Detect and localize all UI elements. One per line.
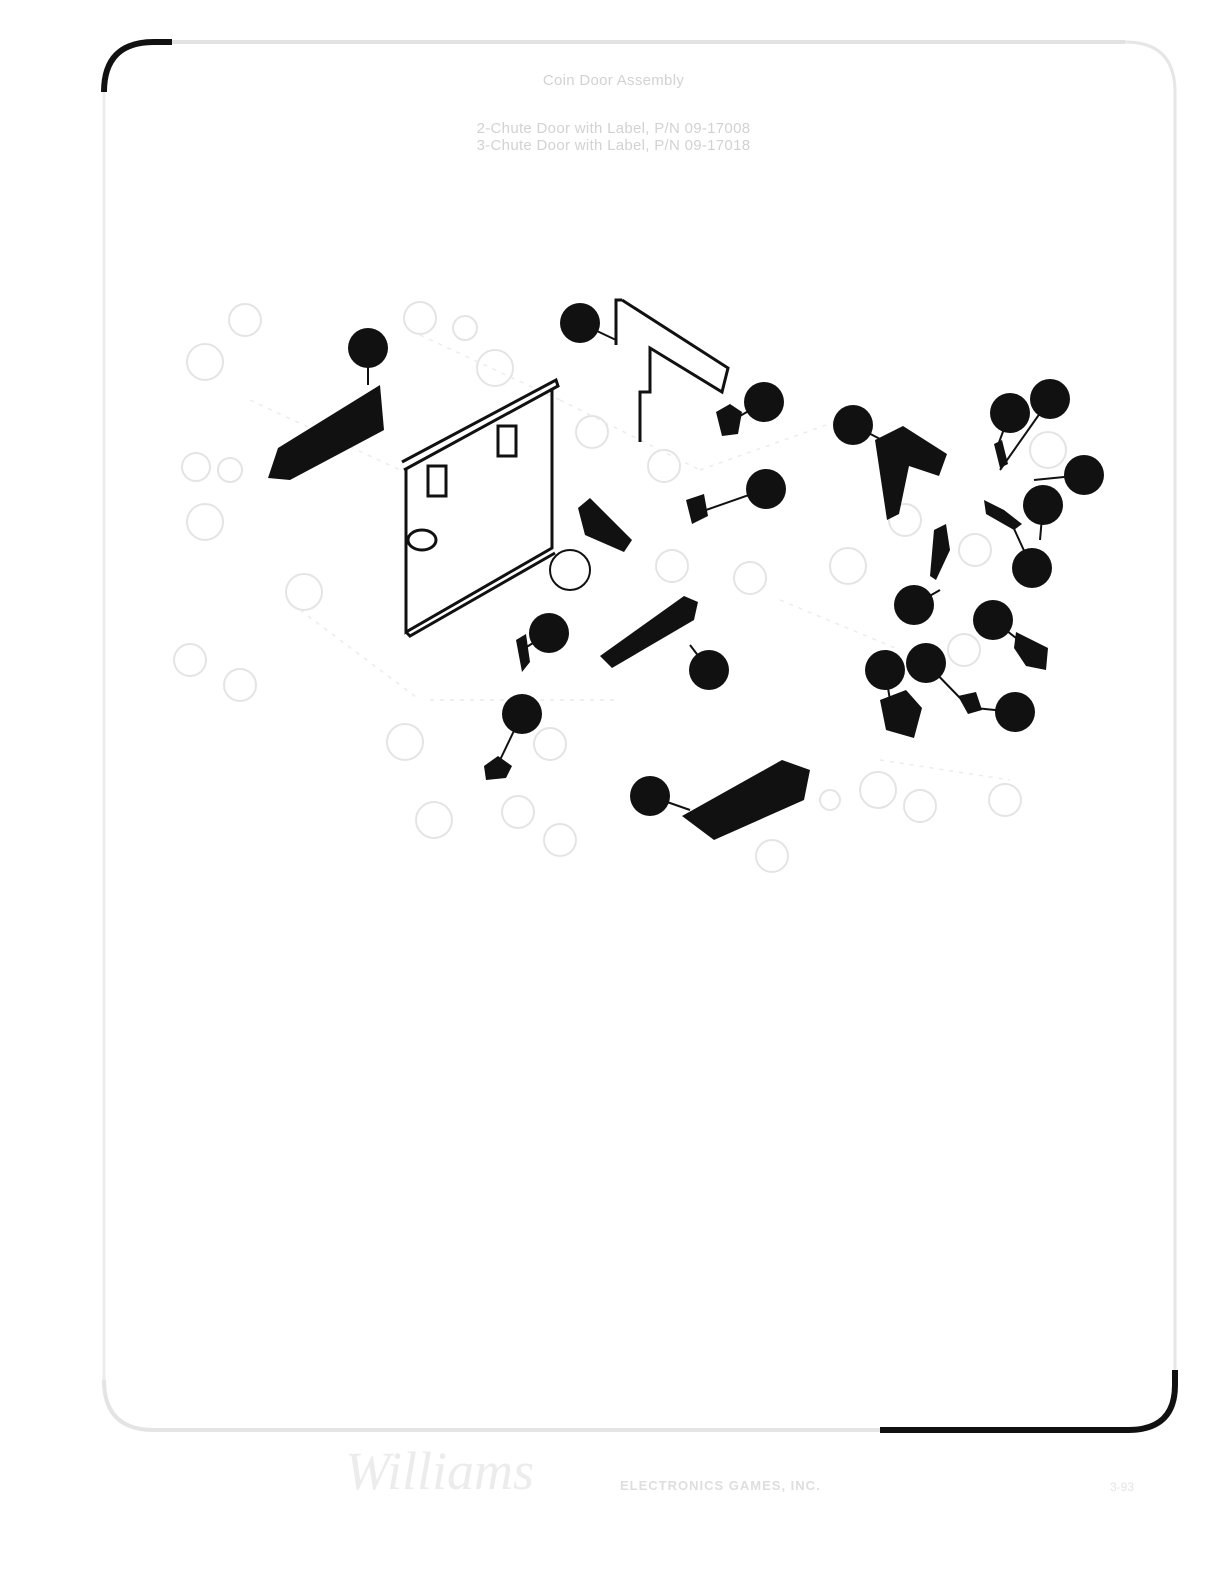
page-number: 3-93 [1110, 1480, 1134, 1494]
part-coin-return-chute [578, 498, 632, 552]
footer-logo: Williams [345, 1440, 534, 1502]
exploded-parts-diagram [0, 0, 1227, 1586]
open-callout-balloon [550, 550, 590, 590]
part-hinge-bracket [616, 300, 728, 442]
footer-company: ELECTRONICS GAMES, INC. [620, 1478, 821, 1493]
faint-callouts [174, 302, 1066, 872]
part-coin-entry-plate [268, 385, 384, 480]
part-door-frame [402, 380, 558, 636]
